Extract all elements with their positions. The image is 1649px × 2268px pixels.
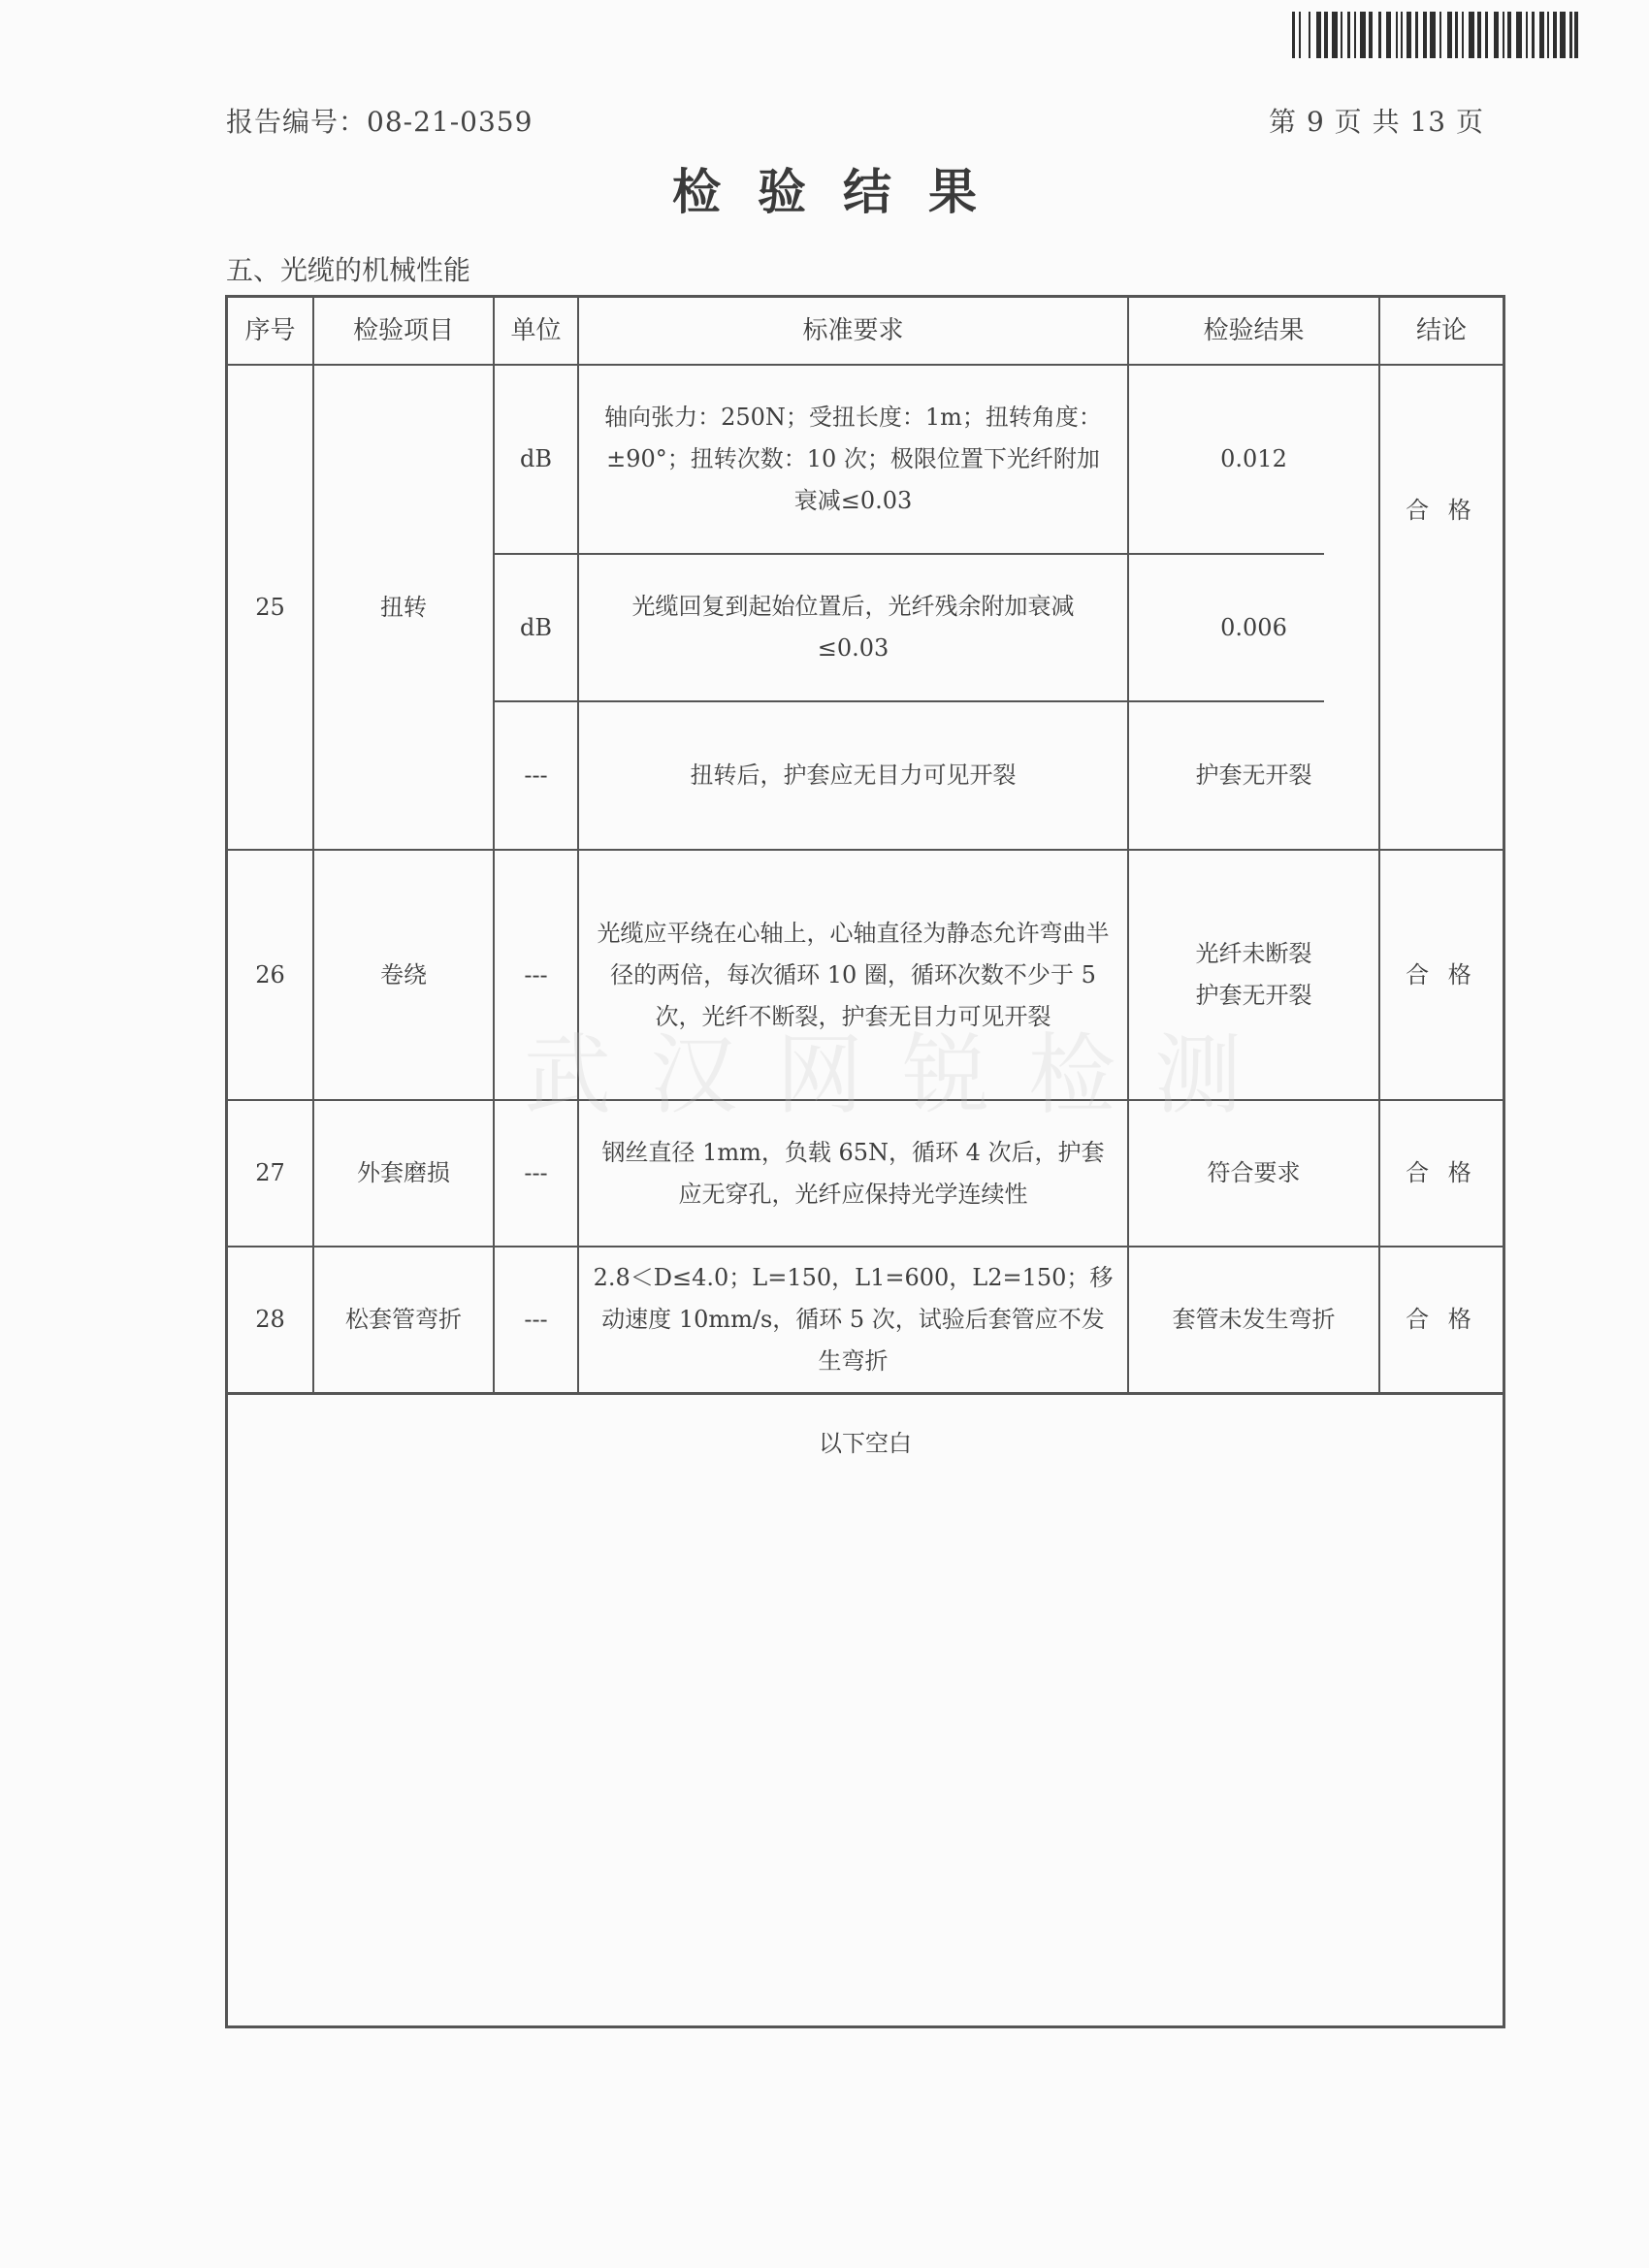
row27-no: 27 [228, 1101, 312, 1246]
row28-result: 套管未发生弯折 [1129, 1247, 1378, 1392]
row28-unit: --- [495, 1247, 577, 1392]
row28-no: 28 [228, 1247, 312, 1392]
page-title: 检验结果 [0, 153, 1649, 223]
row28-item: 松套管弯折 [314, 1247, 493, 1392]
col-header-unit: 单位 [495, 298, 577, 364]
row25a-requirement: 轴向张力：250N；受扭长度：1m；扭转角度：±90°；扭转次数：10 次；极限… [579, 366, 1127, 553]
page-indicator: 第 9 页 共 13 页 [1269, 101, 1484, 140]
row25b-requirement: 光缆回复到起始位置后，光纤残余附加衰减≤0.03 [579, 555, 1127, 700]
row25c-requirement: 扭转后，护套应无目力可见开裂 [579, 702, 1127, 849]
row26-no: 26 [228, 851, 312, 1099]
row27-conclusion: 合 格 [1380, 1101, 1503, 1246]
row25b-unit: dB [495, 555, 577, 700]
row26-conclusion: 合 格 [1380, 851, 1503, 1099]
col-header-no: 序号 [228, 298, 312, 364]
watermark: 武汉网锐检测 [524, 1004, 1280, 1130]
col-header-conclusion: 结论 [1380, 298, 1503, 364]
row25-no: 25 [228, 366, 312, 849]
row26-item: 卷绕 [314, 851, 493, 1099]
row28-requirement: 2.8＜D≤4.0；L=150，L1=600，L2=150；移动速度 10mm/… [579, 1247, 1127, 1392]
row25-conclusion: 合 格 [1380, 366, 1503, 849]
blank-below-note: 以下空白 [228, 1395, 1503, 1492]
section-title: 五、光缆的机械性能 [226, 249, 470, 288]
row25a-unit: dB [495, 366, 577, 553]
row28-conclusion: 合 格 [1380, 1247, 1503, 1392]
row25-item: 扭转 [314, 366, 493, 849]
row25c-unit: --- [495, 702, 577, 849]
row27-item: 外套磨损 [314, 1101, 493, 1246]
row25c-result: 护套无开裂 [1129, 702, 1378, 849]
col-header-item: 检验项目 [314, 298, 493, 364]
col-header-requirement: 标准要求 [579, 298, 1127, 364]
barcode [1292, 12, 1583, 58]
row25a-result: 0.012 [1129, 366, 1378, 553]
report-number: 报告编号：08-21-0359 [226, 101, 533, 140]
results-table: 序号 检验项目 单位 标准要求 检验结果 结论 25 扭转 合 格 dB 轴向张… [225, 295, 1505, 2028]
row25b-result: 0.006 [1129, 555, 1378, 700]
col-header-result: 检验结果 [1129, 298, 1378, 364]
